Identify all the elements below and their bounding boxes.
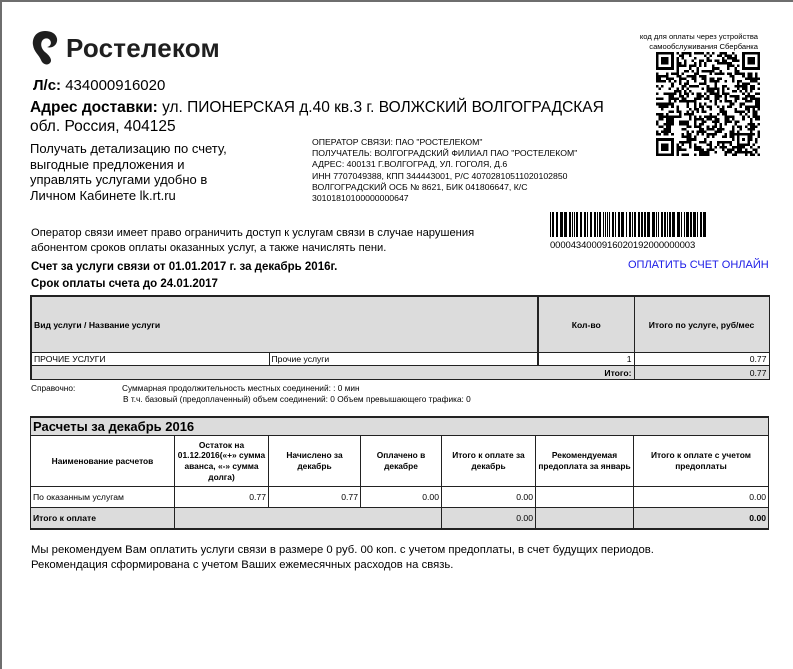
settlement-balance: 0.77 xyxy=(175,487,269,508)
qr-caption-line: самообслуживания Сбербанка xyxy=(602,42,758,52)
payment-recommendation: Мы рекомендуем Вам оплатить услуги связи… xyxy=(31,543,654,572)
settlement-charged: 0.77 xyxy=(269,487,361,508)
settlements-total-row: Итого к оплате 0.00 0.00 xyxy=(31,508,769,530)
header-cell: Рекомендуемая предоплата за январь xyxy=(536,436,634,487)
restriction-notice: Оператор связи имеет право ограничить до… xyxy=(31,226,531,255)
header-cell: Наименование расчетов xyxy=(31,436,175,487)
operator-line: ИНН 7707049388, КПП 344443001, Р/С 40702… xyxy=(312,171,577,182)
qr-code-icon xyxy=(656,52,760,156)
header-service: Вид услуги / Название услуги xyxy=(31,296,538,353)
services-total-row: Итого: 0.77 xyxy=(31,366,769,380)
pay-online-link[interactable]: ОПЛАТИТЬ СЧЕТ ОНЛАЙН xyxy=(628,259,769,271)
reference-line: В т.ч. базовый (предоплаченный) объем со… xyxy=(123,394,471,405)
header-cell: Остаток на 01.12.2016(«+» сумма аванса, … xyxy=(175,436,269,487)
header-cell: Итого к оплате за декабрь xyxy=(442,436,536,487)
table-row: ПРОЧИЕ УСЛУГИ Прочие услуги 1 0.77 xyxy=(31,353,769,366)
total-value: 0.77 xyxy=(634,366,769,380)
delivery-label: Адрес доставки: xyxy=(30,99,158,116)
table-row: По оказанным услугам 0.77 0.77 0.00 0.00… xyxy=(31,487,769,508)
settlement-due: 0.00 xyxy=(442,487,536,508)
settlement-paid: 0.00 xyxy=(361,487,442,508)
total-due-with-prepay: 0.00 xyxy=(634,508,769,530)
service-name: Прочие услуги xyxy=(269,353,538,366)
due-date: Срок оплаты счета до 24.01.2017 xyxy=(31,278,218,290)
header-qty: Кол-во xyxy=(538,296,634,353)
delivery-address: Адрес доставки: ул. ПИОНЕРСКАЯ д.40 кв.3… xyxy=(30,98,630,136)
bill-title: Счет за услуги связи от 01.01.2017 г. за… xyxy=(31,261,337,273)
brand-name: Ростелеком xyxy=(66,33,220,64)
settlement-name: По оказанным услугам xyxy=(31,487,175,508)
account-value: 434000916020 xyxy=(65,77,165,94)
header-cell: Итого к оплате с учетом предоплаты xyxy=(634,436,769,487)
barcode-icon xyxy=(550,212,706,237)
reference-line: Суммарная продолжительность местных соед… xyxy=(122,383,360,394)
personal-cabinet-promo: Получать детализацию по счету, выгодные … xyxy=(30,141,250,203)
settlements-title: Расчеты за декабрь 2016 xyxy=(31,417,769,436)
service-type: ПРОЧИЕ УСЛУГИ xyxy=(31,353,269,366)
service-qty: 1 xyxy=(538,353,634,366)
header-total: Итого по услуге, руб/мес xyxy=(634,296,769,353)
settlements-header-row: Наименование расчетов Остаток на 01.12.2… xyxy=(31,436,769,487)
recommendation-line: Рекомендация сформирована с учетом Ваших… xyxy=(31,558,654,573)
barcode-number: 0000434000916020192000000003 xyxy=(550,240,695,251)
qr-caption-line: код для оплаты через устройства xyxy=(602,32,758,42)
operator-details: ОПЕРАТОР СВЯЗИ: ПАО "РОСТЕЛЕКОМ"ПОЛУЧАТЕ… xyxy=(312,137,577,204)
service-total: 0.77 xyxy=(634,353,769,366)
services-table: Вид услуги / Название услуги Кол-во Итог… xyxy=(30,295,770,380)
brand-logo: Ростелеком xyxy=(30,30,220,66)
rostelecom-logo-icon xyxy=(30,30,60,66)
header-cell: Оплачено в декабре xyxy=(361,436,442,487)
settlements-title-row: Расчеты за декабрь 2016 xyxy=(31,417,769,436)
total-due: 0.00 xyxy=(442,508,536,530)
reference-label: Справочно: xyxy=(31,383,75,394)
settlement-due-with-prepay: 0.00 xyxy=(634,487,769,508)
total-prepay xyxy=(536,508,634,530)
invoice-page: Ростелеком Л/с: 434000916020 Адрес доста… xyxy=(0,0,793,669)
operator-line: ПОЛУЧАТЕЛЬ: ВОЛГОГРАДСКИЙ ФИЛИАЛ ПАО "РО… xyxy=(312,148,577,159)
settlements-table: Расчеты за декабрь 2016 Наименование рас… xyxy=(30,416,769,530)
account-number: Л/с: 434000916020 xyxy=(33,77,165,94)
total-label: Итого: xyxy=(31,366,634,380)
qr-caption: код для оплаты через устройства самообсл… xyxy=(602,32,758,51)
operator-line: ВОЛГОГРАДСКИЙ ОСБ № 8621, БИК 041806647,… xyxy=(312,182,577,193)
total-to-pay-label: Итого к оплате xyxy=(31,508,175,530)
total-empty-cell xyxy=(175,508,442,530)
operator-line: ОПЕРАТОР СВЯЗИ: ПАО "РОСТЕЛЕКОМ" xyxy=(312,137,577,148)
account-label: Л/с: xyxy=(33,77,61,94)
recommendation-line: Мы рекомендуем Вам оплатить услуги связи… xyxy=(31,543,654,558)
operator-line: 30101810100000000647 xyxy=(312,193,577,204)
operator-line: АДРЕС: 400131 Г.ВОЛГОГРАД, УЛ. ГОГОЛЯ, Д… xyxy=(312,159,577,170)
header-cell: Начислено за декабрь xyxy=(269,436,361,487)
services-header-row: Вид услуги / Название услуги Кол-во Итог… xyxy=(31,296,769,353)
settlement-prepay xyxy=(536,487,634,508)
